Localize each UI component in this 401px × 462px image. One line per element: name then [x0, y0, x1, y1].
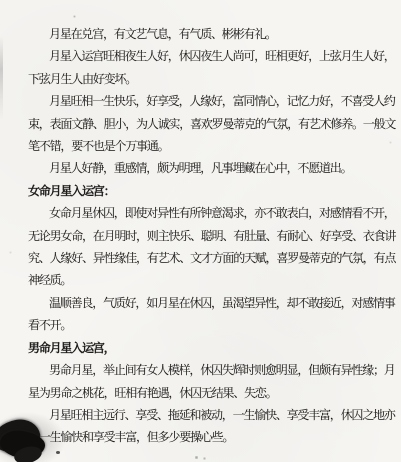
- text-line: 束，表面文静、胆小，为人诚实，喜欢罗曼蒂克的气氛，有艺术修养。一般文: [28, 113, 394, 135]
- scan-speckles: [0, 0, 1, 1]
- text-line: 男命月星，举止间有女人模样，休囚失辉时则愈明显，但颇有异性缘；月: [28, 359, 394, 381]
- text-line: 主一生愉快和享受丰富，但多少要操心些。: [28, 426, 394, 448]
- text-line: 月星在兑宫，有文艺气息，有气质、彬彬有礼。: [28, 23, 394, 45]
- section-heading-male-luck: 男命月星入运宫，: [28, 337, 394, 359]
- text-line: 温顺善良，气质好，如月星在休囚，虽渴望异性，却不敢接近，对感情事: [28, 292, 394, 314]
- scan-edge-smudge: [0, 36, 3, 120]
- scanned-book-page: 月星在兑宫，有文艺气息，有气质、彬彬有礼。 月星入运宫旺相夜生人好，休囚夜生人尚…: [0, 0, 401, 462]
- text-line: 神经质。: [28, 269, 394, 291]
- text-line: 看不开。: [28, 314, 394, 336]
- text-line: 究、人缘好、异性缘佳，有艺术、文才方面的天赋，喜罗曼蒂克的气氛，有点: [28, 247, 394, 269]
- document-text: 月星在兑宫，有文艺气息，有气质、彬彬有礼。 月星入运宫旺相夜生人好，休囚夜生人尚…: [28, 23, 394, 449]
- text-line: 女命月星休囚，即使对异性有所钟意渴求，亦不敢表白，对感情看不开，: [28, 202, 394, 224]
- section-heading-female-luck: 女命月星入运宫：: [28, 180, 394, 202]
- text-line: 星为男命之桃花，旺相有艳遇，休囚无结果、失恋。: [28, 382, 394, 404]
- ink-blot-speck: [56, 451, 60, 454]
- text-line: 笔不错，要不也是个万事通。: [28, 135, 394, 157]
- text-line: 月星旺相主远行、享受、拖延和被动，一生愉快、享受丰富，休囚之地亦: [28, 404, 394, 426]
- text-line: 无论男女命，在月明时，则主快乐、聪明、有肚量、有耐心、好享受、衣食讲: [28, 225, 394, 247]
- text-line: 月星人好静，重感情，颇为明理，凡事埋藏在心中，不愿道出。: [28, 157, 394, 179]
- text-line: 下弦月生人由好变坏。: [28, 68, 394, 90]
- text-line: 月星旺相一生快乐，好享受，人缘好，富同情心，记忆力好，不喜受人约: [28, 90, 394, 112]
- text-line: 月星入运宫旺相夜生人好，休囚夜生人尚可，旺相更好，上弦月生人好，: [28, 45, 394, 67]
